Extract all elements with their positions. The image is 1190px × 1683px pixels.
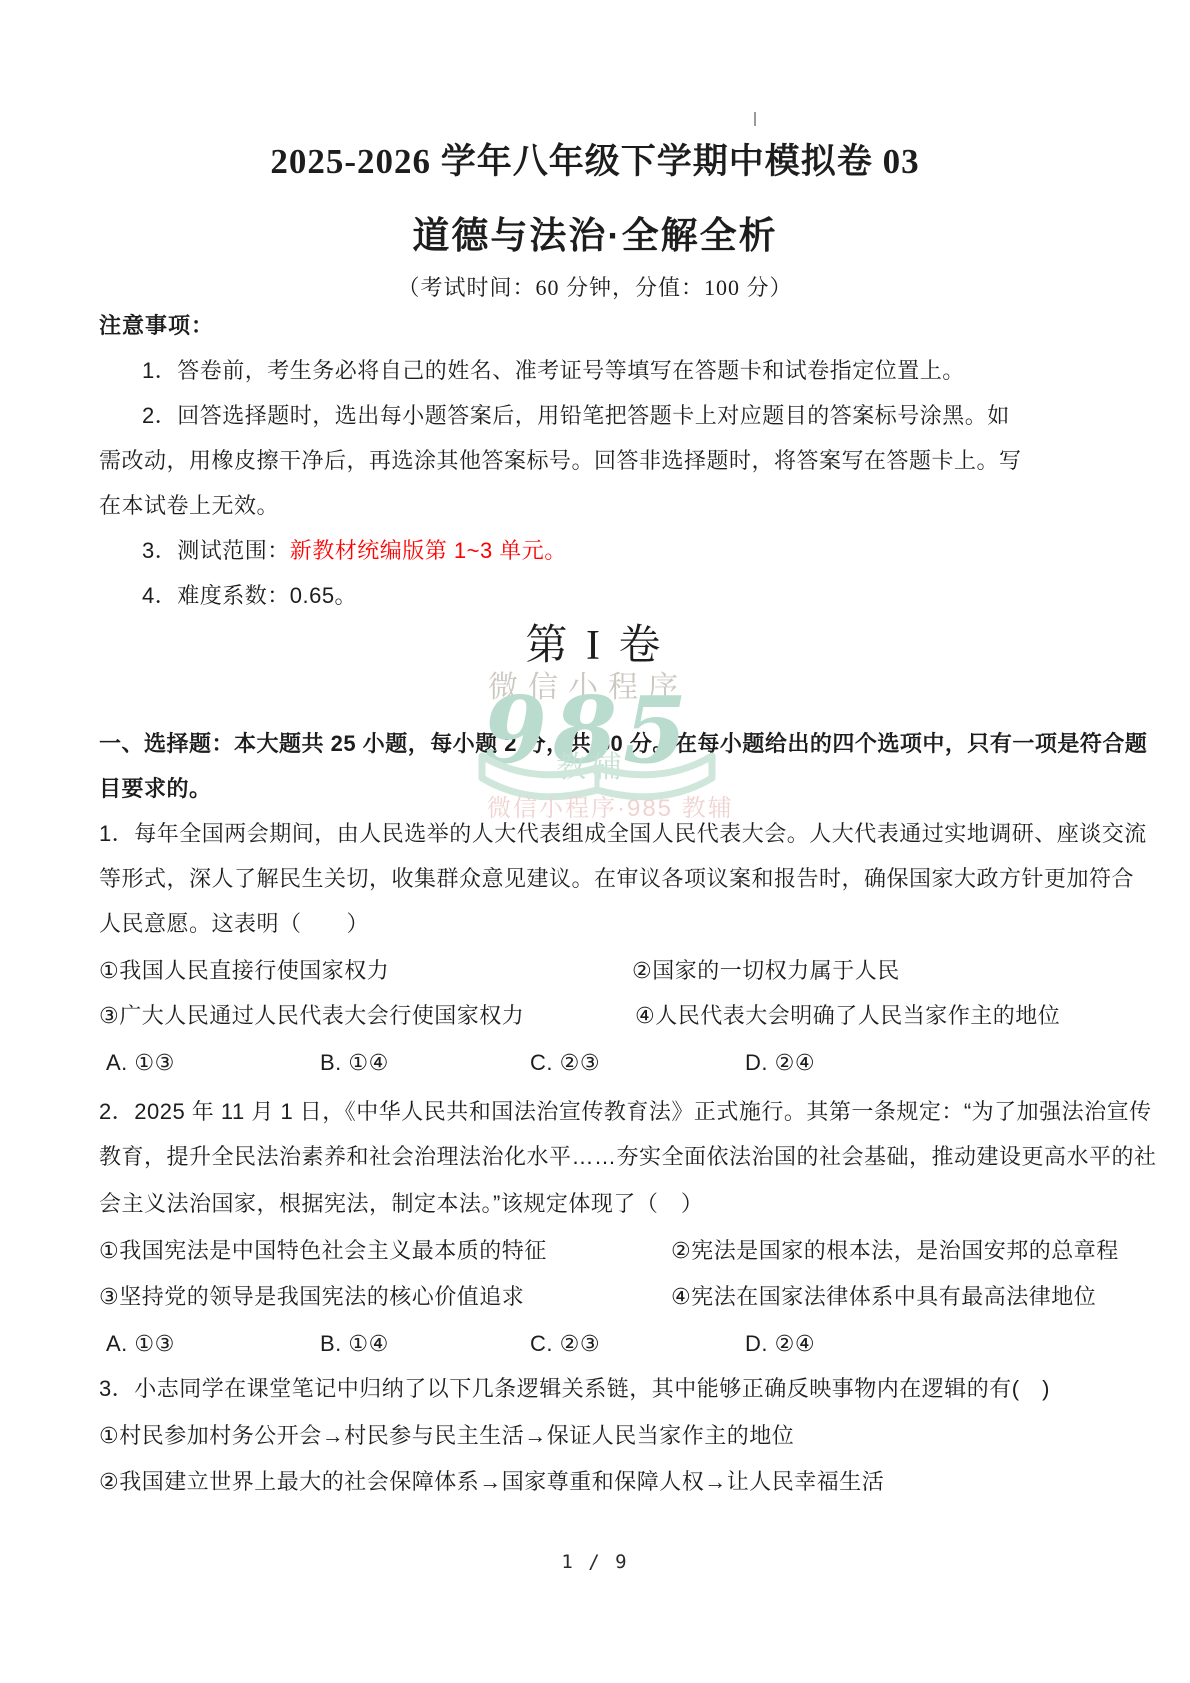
notice-label: 注意事项： — [99, 311, 1091, 341]
q1-option-2: ②国家的一切权力属于人民 — [632, 956, 900, 986]
q1-options-row2: ③广大人民通过人民代表大会行使国家权力 ④人民代表大会明确了人民当家作主的地位 — [99, 1001, 1091, 1031]
q2-answer-c: C. ②③ — [530, 1329, 600, 1359]
q3-option-2: ②我国建立世界上最大的社会保障体系→国家尊重和保障人权→让人民幸福生活 — [99, 1467, 1091, 1497]
notice-item-3-scope: 新教材统编版第 1~3 单元。 — [290, 538, 567, 563]
notice-item-1: 1．答卷前，考生务必将自己的姓名、准考证号等填写在答题卡和试卷指定位置上。 — [142, 356, 1134, 386]
q1-option-3: ③广大人民通过人民代表大会行使国家权力 — [99, 1003, 524, 1028]
q1-answer-d: D. ②④ — [745, 1048, 815, 1078]
q1-stem-line2: 等形式，深人了解民生关切，收集群众意见建议。在审议各项议案和报告时，确保国家大政… — [99, 864, 1091, 894]
q1-answer-b: B. ①④ — [320, 1048, 389, 1078]
notice-item-2-line2: 需改动，用橡皮擦干净后，再选涂其他答案标号。回答非选择题时，将答案写在答题卡上。… — [99, 446, 1091, 476]
q2-answer-b: B. ①④ — [320, 1329, 389, 1359]
section-intro-line2: 目要求的。 — [99, 774, 1091, 804]
notice-item-2-line3: 在本试卷上无效。 — [99, 491, 1091, 521]
q1-answer-c: C. ②③ — [530, 1048, 600, 1078]
q2-option-3: ③坚持党的领导是我国宪法的核心价值追求 — [99, 1284, 524, 1309]
notice-item-3: 3．测试范围：新教材统编版第 1~3 单元。 — [142, 536, 1134, 566]
q1-answer-a: A. ①③ — [106, 1048, 175, 1078]
notice-item-4: 4．难度系数：0.65。 — [142, 581, 1134, 611]
q3-option-1: ①村民参加村务公开会→村民参与民主生活→保证人民当家作主的地位 — [99, 1421, 1091, 1451]
q1-option-4: ④人民代表大会明确了人民当家作主的地位 — [635, 1001, 1060, 1031]
q2-stem-line3: 会主义法治国家，根据宪法，制定本法。”该规定体现了（ ） — [99, 1189, 1091, 1219]
q2-options-row2: ③坚持党的领导是我国宪法的核心价值追求 ④宪法在国家法律体系中具有最高法律地位 — [99, 1282, 1091, 1312]
q2-option-2: ②宪法是国家的根本法，是治国安邦的总章程 — [671, 1236, 1119, 1266]
q3-stem-line1: 3．小志同学在课堂笔记中归纳了以下几条逻辑关系链，其中能够正确反映事物内在逻辑的… — [99, 1374, 1091, 1404]
q2-stem-line1: 2．2025 年 11 月 1 日，《中华人民共和国法治宣传教育法》正式施行。其… — [99, 1097, 1091, 1127]
q2-option-1: ①我国宪法是中国特色社会主义最本质的特征 — [99, 1238, 547, 1263]
q1-stem-line3: 人民意愿。这表明（ ） — [99, 909, 1091, 939]
section-intro-line1: 一、选择题：本大题共 25 小题，每小题 2 分，共 50 分。在每小题给出的四… — [99, 729, 1091, 759]
q2-option-4: ④宪法在国家法律体系中具有最高法律地位 — [671, 1282, 1096, 1312]
page-title: 2025-2026 学年八年级下学期中模拟卷 03 — [0, 134, 1190, 184]
q1-option-1: ①我国人民直接行使国家权力 — [99, 958, 389, 983]
notice-item-2-line1: 2．回答选择题时，选出每小题答案后，用铅笔把答题卡上对应题目的答案标号涂黑。如 — [142, 401, 1134, 431]
notice-item-3-prefix: 3．测试范围： — [142, 538, 290, 563]
subject-title: 道德与法治·全解全析 — [0, 205, 1190, 259]
page-number: 1 / 9 — [0, 1551, 1190, 1573]
q2-stem-line2: 教育，提升全民法治素养和社会治理法治化水平……夯实全面依法治国的社会基础，推动建… — [99, 1142, 1091, 1172]
q2-answer-a: A. ①③ — [106, 1329, 175, 1359]
q2-options-row1: ①我国宪法是中国特色社会主义最本质的特征 ②宪法是国家的根本法，是治国安邦的总章… — [99, 1236, 1091, 1266]
q1-options-row1: ①我国人民直接行使国家权力 ②国家的一切权力属于人民 — [99, 956, 1091, 986]
part1-heading: 第 I 卷 — [0, 612, 1190, 672]
q2-answer-d: D. ②④ — [745, 1329, 815, 1359]
text-cursor-artifact — [754, 112, 756, 126]
q1-stem-line1: 1．每年全国两会期间，由人民选举的人大代表组成全国人民代表大会。人大代表通过实地… — [99, 819, 1091, 849]
exam-paper-page: 2025-2026 学年八年级下学期中模拟卷 03 道德与法治·全解全析 （考试… — [0, 0, 1190, 1683]
exam-info: （考试时间：60 分钟，分值：100 分） — [0, 271, 1190, 302]
